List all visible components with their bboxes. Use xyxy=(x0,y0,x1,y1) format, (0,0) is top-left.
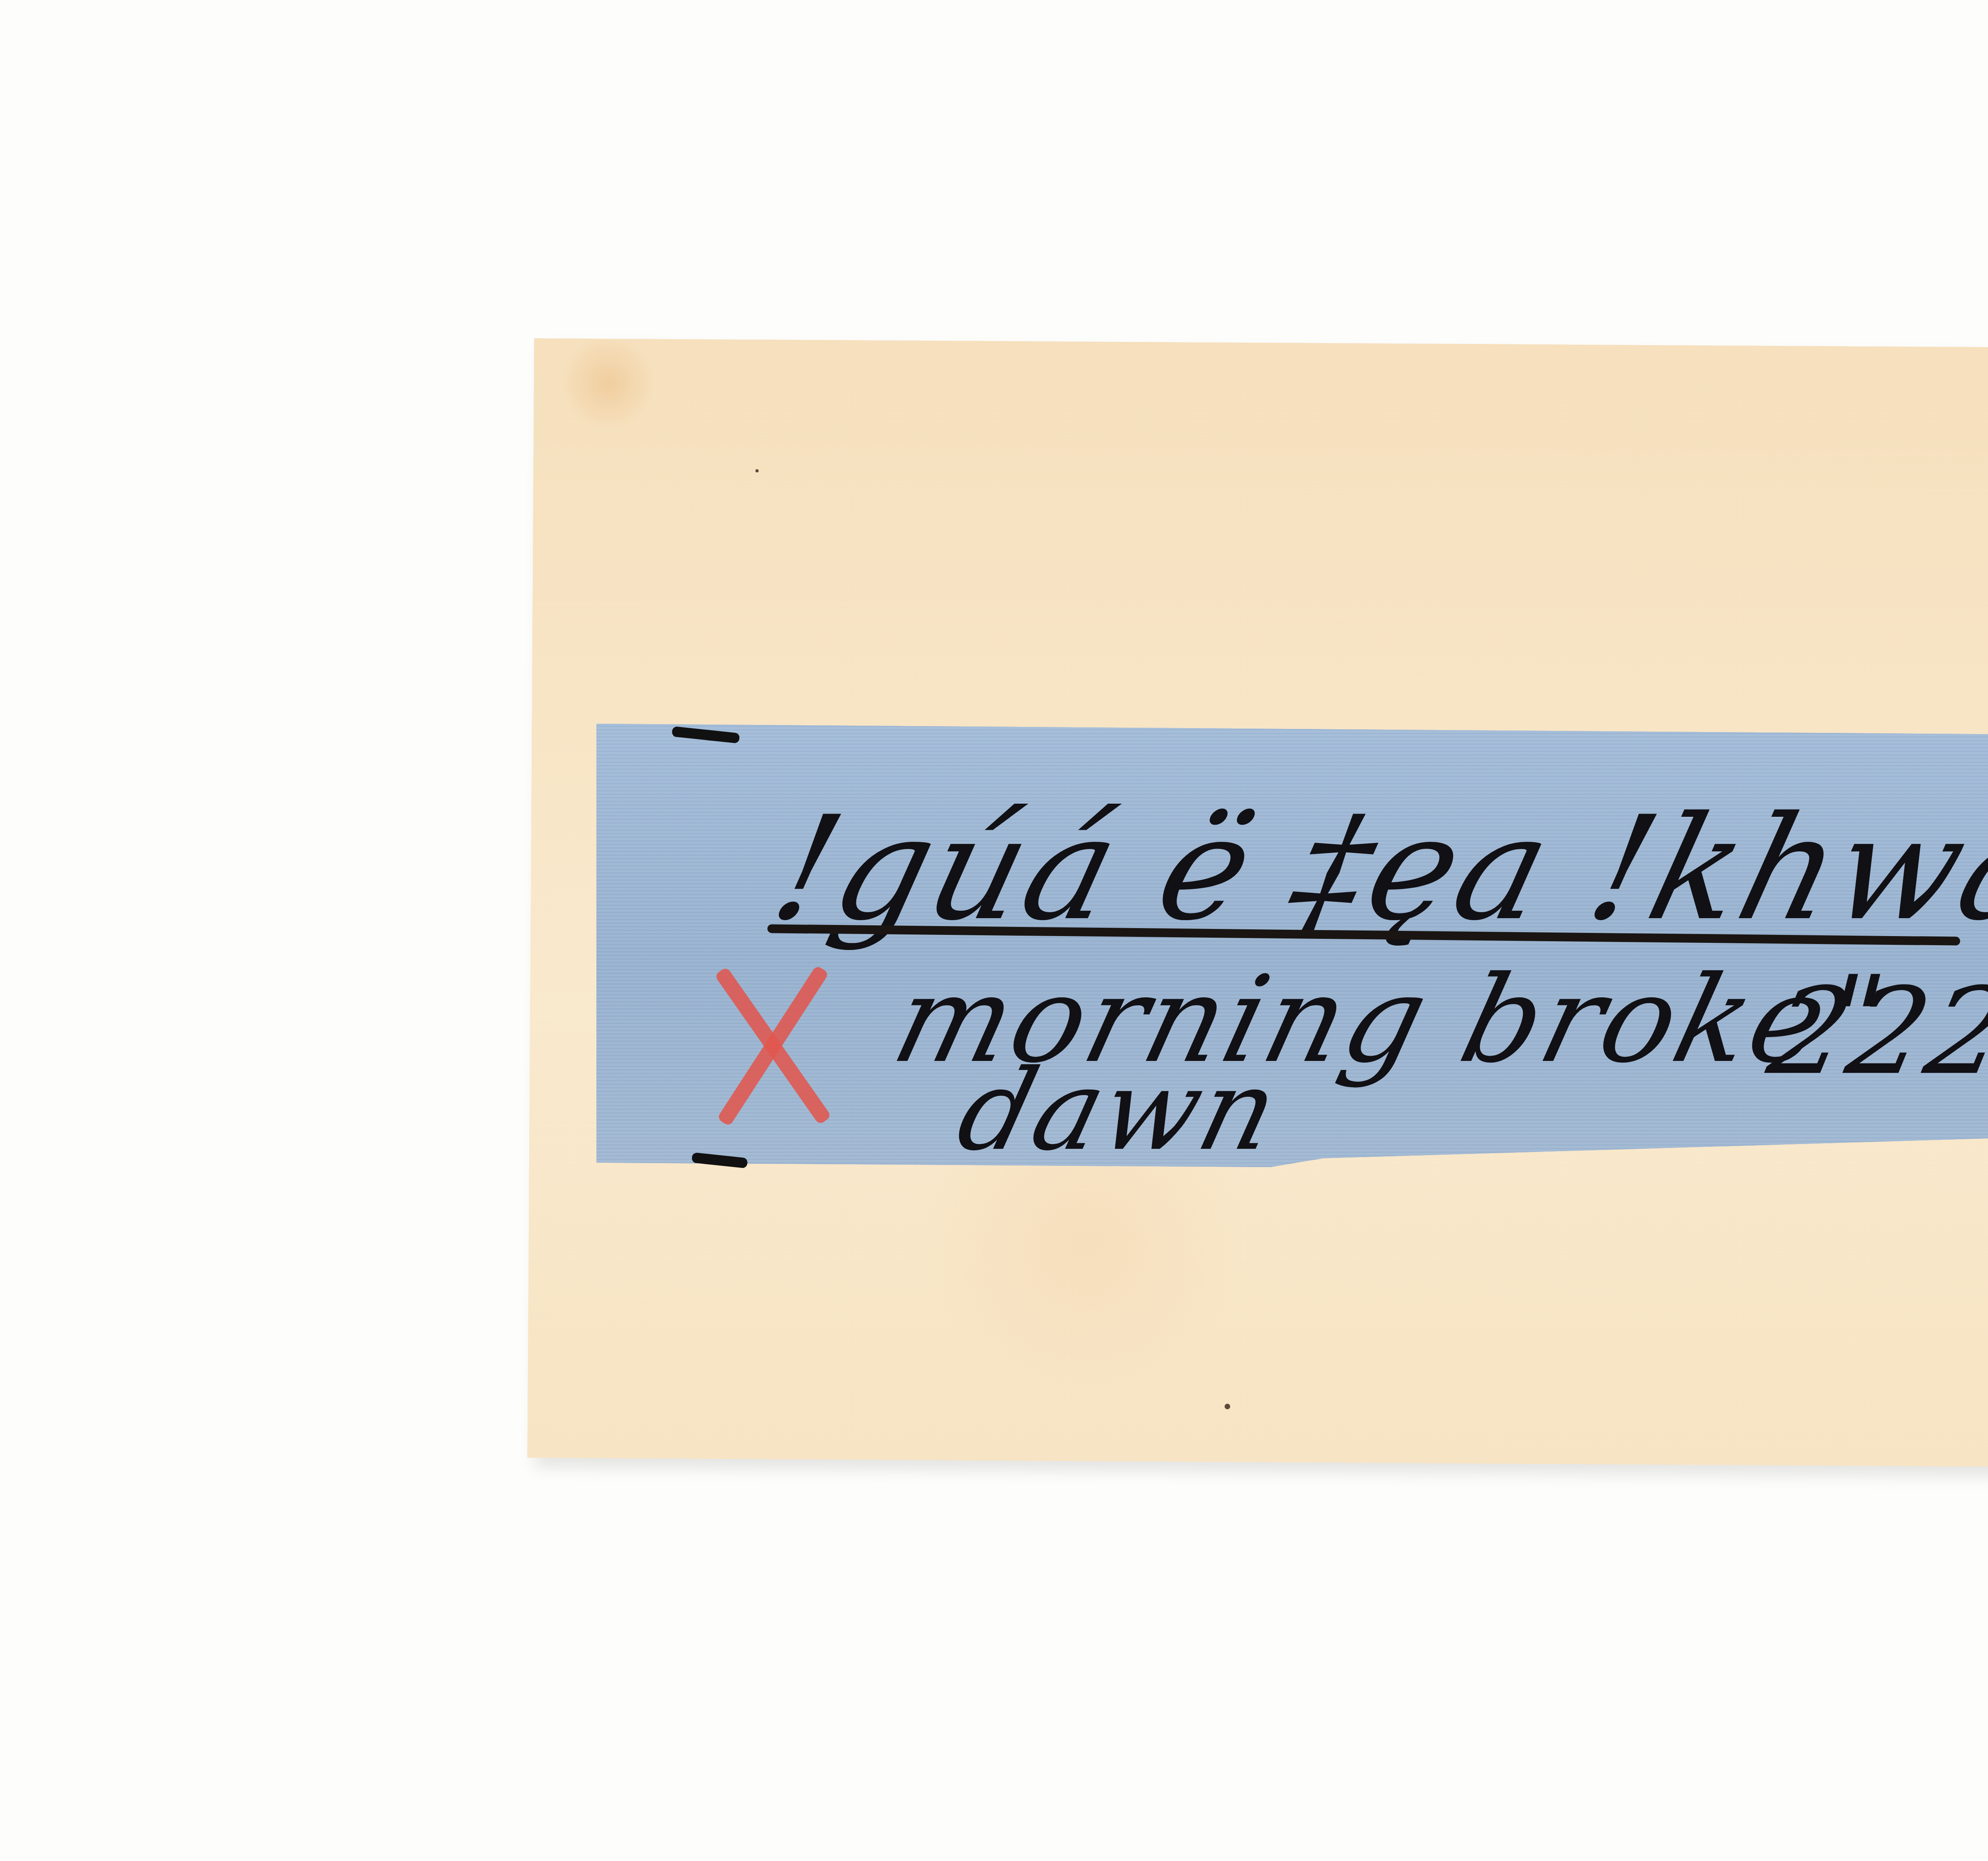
paper-speck xyxy=(1225,1404,1230,1409)
translation-line-2: dawn xyxy=(946,1046,1292,1175)
catalog-number: 2224, 7, xyxy=(1759,962,1988,1101)
red-x-mark-icon xyxy=(700,958,843,1125)
paper-speck xyxy=(755,469,759,472)
